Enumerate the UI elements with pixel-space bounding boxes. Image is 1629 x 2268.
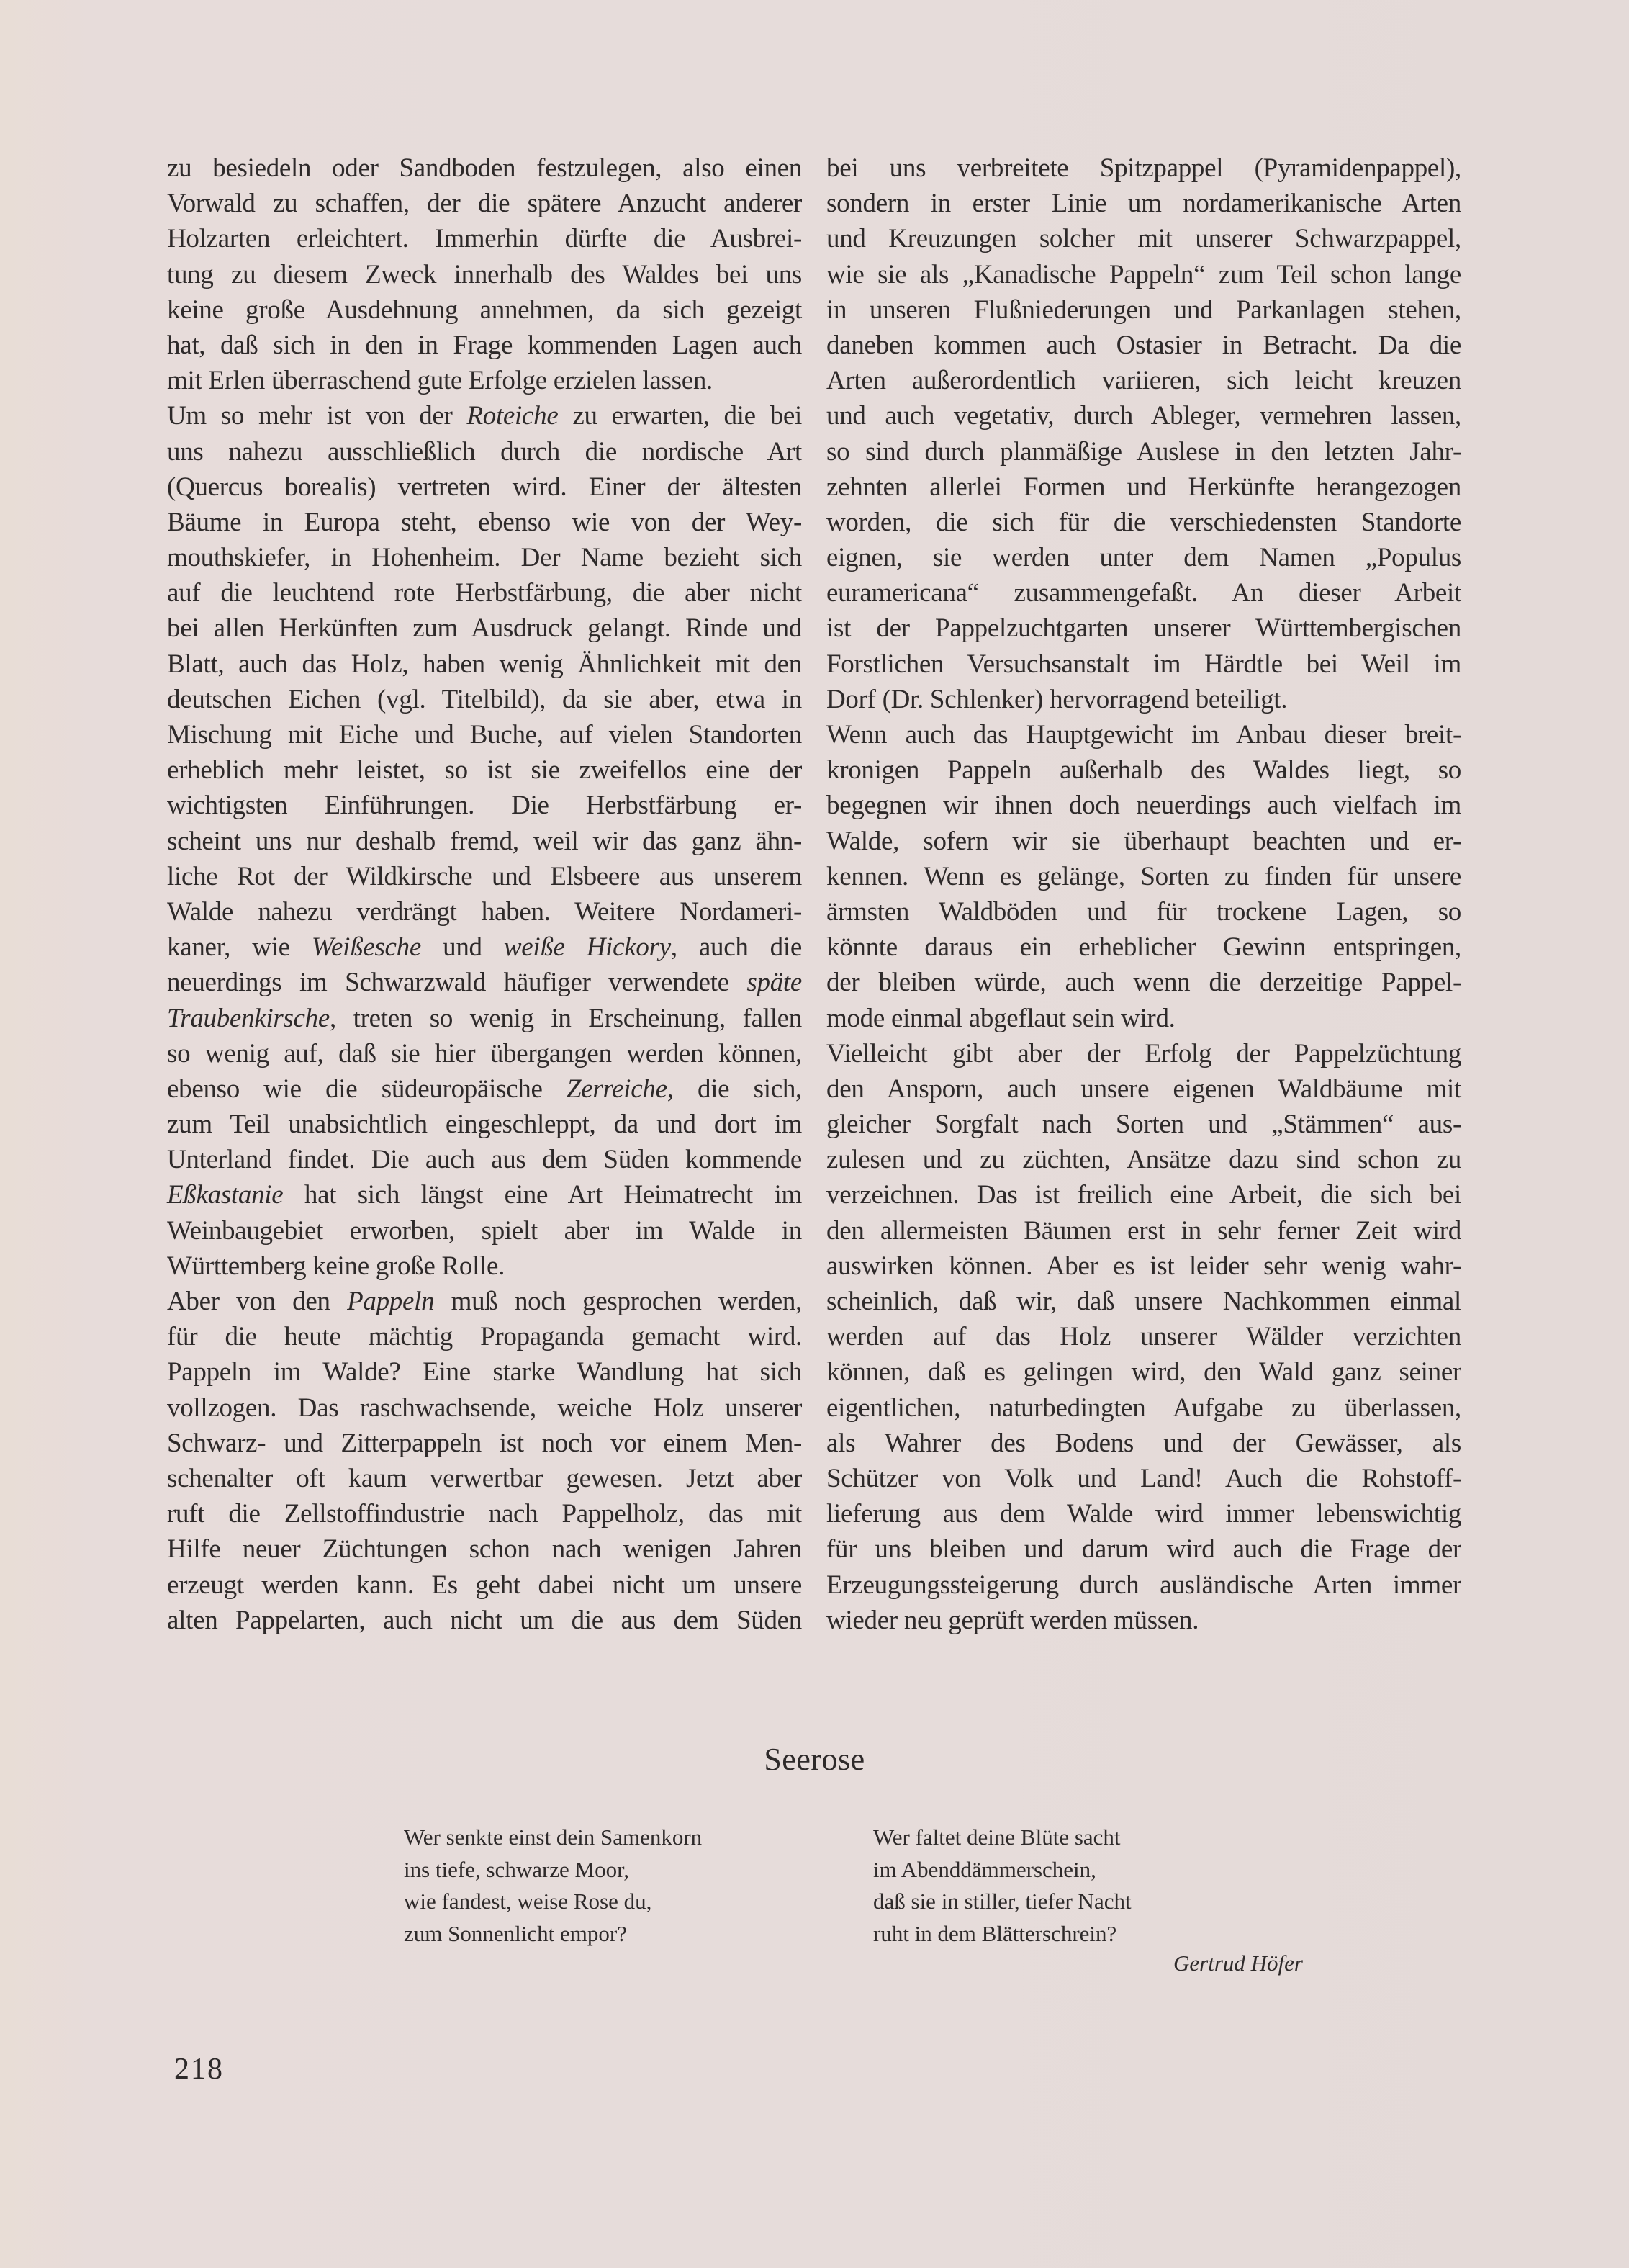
text-line: zum Teil unabsichtlich eingeschleppt, da… (167, 1107, 802, 1142)
text-run: mit Erlen überraschend gute Erfolge erzi… (167, 366, 713, 395)
text-run: Arten außerordentlich variieren, sich le… (826, 366, 1461, 395)
italic-term: weiße Hickory (504, 932, 671, 962)
text-line: so sind durch planmäßige Auslese in den … (826, 434, 1461, 469)
italic-term: Traubenkirsche (167, 1004, 330, 1033)
text-line: Walde nahezu verdrängt haben. Weitere No… (167, 894, 802, 930)
text-run: zulesen und zu züchten, Ansätze dazu sin… (826, 1145, 1461, 1174)
text-line: könnte daraus ein erheblicher Gewinn ent… (826, 930, 1461, 965)
text-line: scheinlich, daß wir, daß unsere Nachkomm… (826, 1284, 1461, 1319)
poem-stanza-2: Wer faltet deine Blüte sacht im Abenddäm… (873, 1822, 1132, 1950)
text-line: Dorf (Dr. Schlenker) hervorragend beteil… (826, 682, 1461, 717)
text-line: und auch vegetativ, durch Ableger, verme… (826, 398, 1461, 433)
text-run: Erzeugungssteigerung durch ausländische … (826, 1570, 1461, 1600)
text-run: sondern in erster Linie um nordamerikani… (826, 189, 1461, 218)
text-line: neuerdings im Schwarzwald häufiger verwe… (167, 965, 802, 1000)
text-line: eignen, sie werden unter dem Namen „Popu… (826, 540, 1461, 575)
text-line: begegnen wir ihnen doch neuerdings auch … (826, 788, 1461, 823)
text-line: kronigen Pappeln außerhalb des Waldes li… (826, 752, 1461, 788)
text-line: auf die leuchtend rote Herbstfärbung, di… (167, 575, 802, 611)
text-run: Bäume in Europa steht, ebenso wie von de… (167, 508, 802, 537)
text-line: bei allen Herkünften zum Ausdruck gelang… (167, 611, 802, 646)
text-line: worden, die sich für die verschiedensten… (826, 505, 1461, 540)
poem-verse: daß sie in stiller, tiefer Nacht (873, 1886, 1132, 1918)
text-run: so wenig auf, daß sie hier übergangen we… (167, 1039, 802, 1068)
text-line: daneben kommen auch Ostasier in Betracht… (826, 328, 1461, 363)
poem-verse: Wer faltet deine Blüte sacht (873, 1822, 1132, 1854)
text-run: und auch vegetativ, durch Ableger, verme… (826, 401, 1461, 431)
text-line: Hilfe neuer Züchtungen schon nach wenige… (167, 1531, 802, 1567)
text-line: vollzogen. Das raschwachsende, weiche Ho… (167, 1390, 802, 1426)
text-line: Holzarten erleichtert. Immerhin dürfte d… (167, 221, 802, 256)
text-run: Aber von den (167, 1287, 347, 1316)
italic-term: späte (746, 968, 802, 997)
text-run: Schützer von Volk und Land! Auch die Roh… (826, 1464, 1461, 1493)
text-run: hat sich längst eine Art Heimatrecht im (283, 1180, 802, 1210)
poem-author: Gertrud Höfer (1173, 1950, 1303, 1976)
text-run: bei allen Herkünften zum Ausdruck gelang… (167, 613, 802, 643)
italic-term: Eßkastanie (167, 1180, 283, 1210)
text-line: Weinbaugebiet erworben, spielt aber im W… (167, 1213, 802, 1248)
text-run: Pappeln im Walde? Eine starke Wandlung h… (167, 1357, 802, 1387)
text-line: Aber von den Pappeln muß noch gesprochen… (167, 1284, 802, 1319)
text-run: lieferung aus dem Walde wird immer leben… (826, 1499, 1461, 1529)
text-line: kennen. Wenn es gelänge, Sorten zu finde… (826, 859, 1461, 894)
text-run: verzeichnen. Das ist freilich eine Arbei… (826, 1180, 1461, 1210)
text-line: alten Pappelarten, auch nicht um die aus… (167, 1603, 802, 1638)
text-line: verzeichnen. Das ist freilich eine Arbei… (826, 1177, 1461, 1212)
text-line: mode einmal abgeflaut sein wird. (826, 1001, 1461, 1036)
text-line: Unterland findet. Die auch aus dem Süden… (167, 1142, 802, 1177)
text-line: Erzeugungssteigerung durch ausländische … (826, 1567, 1461, 1603)
text-line: gleicher Sorgfalt nach Sorten und „Stämm… (826, 1107, 1461, 1142)
text-run: schenalter oft kaum verwertbar gewesen. … (167, 1464, 802, 1493)
text-run: ärmsten Waldböden und für trockene Lagen… (826, 897, 1461, 927)
poem-verse: ins tiefe, schwarze Moor, (404, 1854, 702, 1886)
text-run: der bleiben würde, auch wenn die derzeit… (826, 968, 1461, 997)
text-run: für die heute mächtig Propaganda gemacht… (167, 1322, 802, 1351)
text-line: Wenn auch das Hauptgewicht im Anbau dies… (826, 717, 1461, 752)
text-run: Schwarz- und Zitterpappeln ist noch vor … (167, 1428, 802, 1458)
text-line: uns nahezu ausschließlich durch die nord… (167, 434, 802, 469)
poem-verse: im Abenddämmerschein, (873, 1854, 1132, 1886)
text-line: Vorwald zu schaffen, der die spätere Anz… (167, 186, 802, 221)
text-line: eigentlichen, naturbedingten Aufgabe zu … (826, 1390, 1461, 1426)
text-line: auswirken können. Aber es ist leider seh… (826, 1248, 1461, 1284)
text-line: werden auf das Holz unserer Wälder verzi… (826, 1319, 1461, 1354)
text-line: wieder neu geprüft werden müssen. (826, 1603, 1461, 1638)
text-line: in unseren Flußniederungen und Parkanlag… (826, 292, 1461, 328)
text-run: wieder neu geprüft werden müssen. (826, 1606, 1199, 1635)
text-line: erheblich mehr leistet, so ist sie zweif… (167, 752, 802, 788)
text-run: mode einmal abgeflaut sein wird. (826, 1004, 1176, 1033)
text-line: Mischung mit Eiche und Buche, auf vielen… (167, 717, 802, 752)
text-line: bei uns verbreitete Spitzpappel (Pyramid… (826, 150, 1461, 186)
text-line: wichtigsten Einführungen. Die Herbstfärb… (167, 788, 802, 823)
text-run: Blatt, auch das Holz, haben wenig Ähnlic… (167, 649, 802, 679)
text-run: können, daß es gelingen wird, den Wald g… (826, 1357, 1461, 1387)
text-line: Arten außerordentlich variieren, sich le… (826, 363, 1461, 398)
text-line: hat, daß sich in den in Frage kommenden … (167, 328, 802, 363)
text-line: ebenso wie die südeuropäische Zerreiche,… (167, 1071, 802, 1107)
text-line: zehnten allerlei Formen und Herkünfte he… (826, 469, 1461, 505)
text-line: Vielleicht gibt aber der Erfolg der Papp… (826, 1036, 1461, 1071)
text-run: (Quercus borealis) vertreten wird. Einer… (167, 472, 802, 502)
text-line: sondern in erster Linie um nordamerikani… (826, 186, 1461, 221)
poem-stanza-1: Wer senkte einst dein Samenkorn ins tief… (404, 1822, 702, 1950)
text-run: liche Rot der Wildkirsche und Elsbeere a… (167, 862, 802, 891)
text-line: Bäume in Europa steht, ebenso wie von de… (167, 505, 802, 540)
italic-term: Zerreiche (567, 1074, 667, 1104)
text-run: mouthskiefer, in Hohenheim. Der Name bez… (167, 543, 802, 572)
text-run: muß noch gesprochen werden, (434, 1287, 802, 1316)
text-line: ruft die Zellstoffindustrie nach Pappelh… (167, 1496, 802, 1531)
text-line: so wenig auf, daß sie hier übergangen we… (167, 1036, 802, 1071)
text-run: euramericana“ zusammengefaßt. An dieser … (826, 578, 1461, 608)
text-line: erzeugt werden kann. Es geht dabei nicht… (167, 1567, 802, 1603)
text-line: können, daß es gelingen wird, den Wald g… (826, 1354, 1461, 1390)
text-run: tung zu diesem Zweck innerhalb des Walde… (167, 260, 802, 289)
text-line: mit Erlen überraschend gute Erfolge erzi… (167, 363, 802, 398)
text-run: Um so mehr ist von der (167, 401, 466, 431)
italic-term: Pappeln (347, 1287, 434, 1316)
text-line: (Quercus borealis) vertreten wird. Einer… (167, 469, 802, 505)
text-run: Weinbaugebiet erworben, spielt aber im W… (167, 1216, 802, 1246)
text-run: Dorf (Dr. Schlenker) hervorragend beteil… (826, 685, 1287, 714)
text-run: eigentlichen, naturbedingten Aufgabe zu … (826, 1393, 1461, 1423)
text-line: den allermeisten Bäumen erst in sehr fer… (826, 1213, 1461, 1248)
text-run: als Wahrer des Bodens und der Gewässer, … (826, 1428, 1461, 1458)
text-run: Walde nahezu verdrängt haben. Weitere No… (167, 897, 802, 927)
text-line: Schwarz- und Zitterpappeln ist noch vor … (167, 1426, 802, 1461)
text-run: deutschen Eichen (vgl. Titelbild), da si… (167, 685, 802, 714)
text-line: den Ansporn, auch unsere eigenen Waldbäu… (826, 1071, 1461, 1107)
text-run: daneben kommen auch Ostasier in Betracht… (826, 330, 1461, 360)
text-run: zum Teil unabsichtlich eingeschleppt, da… (167, 1110, 802, 1139)
text-line: für uns bleiben und darum wird auch die … (826, 1531, 1461, 1567)
text-run: vollzogen. Das raschwachsende, weiche Ho… (167, 1393, 802, 1423)
text-line: der bleiben würde, auch wenn die derzeit… (826, 965, 1461, 1000)
poem-verse: wie fandest, weise Rose du, (404, 1886, 702, 1918)
italic-term: Roteiche (466, 401, 558, 431)
article-right-column: bei uns verbreitete Spitzpappel (Pyramid… (826, 150, 1461, 1638)
text-line: schenalter oft kaum verwertbar gewesen. … (167, 1461, 802, 1496)
poem-verse: zum Sonnenlicht empor? (404, 1918, 702, 1950)
text-run: begegnen wir ihnen doch neuerdings auch … (826, 791, 1461, 820)
text-line: liche Rot der Wildkirsche und Elsbeere a… (167, 859, 802, 894)
text-line: ärmsten Waldböden und für trockene Lagen… (826, 894, 1461, 930)
text-run: keine große Ausdehnung annehmen, da sich… (167, 295, 802, 325)
text-run: kennen. Wenn es gelänge, Sorten zu finde… (826, 862, 1461, 891)
text-run: Walde, sofern wir sie überhaupt beachten… (826, 827, 1461, 856)
text-run: auswirken können. Aber es ist leider seh… (826, 1251, 1461, 1281)
text-run: worden, die sich für die verschiedensten… (826, 508, 1461, 537)
text-run: Wenn auch das Hauptgewicht im Anbau dies… (826, 720, 1461, 750)
text-line: Schützer von Volk und Land! Auch die Roh… (826, 1461, 1461, 1496)
text-run: , die sich, (667, 1074, 802, 1104)
text-run: zu besiedeln oder Sandboden festzulegen,… (167, 153, 802, 183)
text-run: ist der Pappelzuchtgarten unserer Württe… (826, 613, 1461, 643)
text-line: als Wahrer des Bodens und der Gewässer, … (826, 1426, 1461, 1461)
text-run: werden auf das Holz unserer Wälder verzi… (826, 1322, 1461, 1351)
text-line: Württemberg keine große Rolle. (167, 1248, 802, 1284)
text-line: Walde, sofern wir sie überhaupt beachten… (826, 824, 1461, 859)
text-run: kaner, wie (167, 932, 312, 962)
text-run: den Ansporn, auch unsere eigenen Waldbäu… (826, 1074, 1461, 1104)
text-run: ruft die Zellstoffindustrie nach Pappelh… (167, 1499, 802, 1529)
text-line: Pappeln im Walde? Eine starke Wandlung h… (167, 1354, 802, 1390)
text-run: Unterland findet. Die auch aus dem Süden… (167, 1145, 802, 1174)
text-run: bei uns verbreitete Spitzpappel (Pyramid… (826, 153, 1461, 183)
text-line: scheint uns nur deshalb fremd, weil wir … (167, 824, 802, 859)
text-line: Um so mehr ist von der Roteiche zu erwar… (167, 398, 802, 433)
text-run: in unseren Flußniederungen und Parkanlag… (826, 295, 1461, 325)
text-line: lieferung aus dem Walde wird immer leben… (826, 1496, 1461, 1531)
text-line: Forstlichen Versuchsanstalt im Härdtle b… (826, 647, 1461, 682)
text-run: Forstlichen Versuchsanstalt im Härdtle b… (826, 649, 1461, 679)
text-line: tung zu diesem Zweck innerhalb des Walde… (167, 257, 802, 292)
text-line: zu besiedeln oder Sandboden festzulegen,… (167, 150, 802, 186)
text-line: euramericana“ zusammengefaßt. An dieser … (826, 575, 1461, 611)
text-run: auf die leuchtend rote Herbstfärbung, di… (167, 578, 802, 608)
text-run: , auch die (671, 932, 802, 962)
text-run: Hilfe neuer Züchtungen schon nach wenige… (167, 1534, 802, 1564)
poem-verse: Wer senkte einst dein Samenkorn (404, 1822, 702, 1854)
text-run: und Kreuzungen solcher mit unserer Schwa… (826, 224, 1461, 253)
text-run: scheinlich, daß wir, daß unsere Nachkomm… (826, 1287, 1461, 1316)
text-run: alten Pappelarten, auch nicht um die aus… (167, 1606, 802, 1635)
text-run: könnte daraus ein erheblicher Gewinn ent… (826, 932, 1461, 962)
text-run: hat, daß sich in den in Frage kommenden … (167, 330, 802, 360)
text-run: Mischung mit Eiche und Buche, auf vielen… (167, 720, 802, 750)
text-run: wichtigsten Einführungen. Die Herbstfärb… (167, 791, 802, 820)
text-run: zu erwarten, die bei (558, 401, 802, 431)
italic-term: Weißesche (312, 932, 421, 962)
text-line: deutschen Eichen (vgl. Titelbild), da si… (167, 682, 802, 717)
text-line: keine große Ausdehnung annehmen, da sich… (167, 292, 802, 328)
text-run: erheblich mehr leistet, so ist sie zweif… (167, 755, 802, 785)
text-run: wie sie als „Kanadische Pappeln“ zum Tei… (826, 260, 1461, 289)
text-run: so sind durch planmäßige Auslese in den … (826, 437, 1461, 467)
text-run: eignen, sie werden unter dem Namen „Popu… (826, 543, 1461, 572)
text-run: zehnten allerlei Formen und Herkünfte he… (826, 472, 1461, 502)
text-run: , treten so wenig in Erscheinung, fallen (330, 1004, 802, 1033)
poem-title: Seerose (0, 1741, 1629, 1778)
text-run: kronigen Pappeln außerhalb des Waldes li… (826, 755, 1461, 785)
text-run: für uns bleiben und darum wird auch die … (826, 1534, 1461, 1564)
text-line: ist der Pappelzuchtgarten unserer Württe… (826, 611, 1461, 646)
text-run: neuerdings im Schwarzwald häufiger verwe… (167, 968, 746, 997)
text-run: und (421, 932, 504, 962)
text-run: gleicher Sorgfalt nach Sorten und „Stämm… (826, 1110, 1461, 1139)
text-run: Vielleicht gibt aber der Erfolg der Papp… (826, 1039, 1461, 1068)
text-run: uns nahezu ausschließlich durch die nord… (167, 437, 802, 467)
article-left-column: zu besiedeln oder Sandboden festzulegen,… (167, 150, 802, 1638)
text-line: wie sie als „Kanadische Pappeln“ zum Tei… (826, 257, 1461, 292)
text-line: Traubenkirsche, treten so wenig in Ersch… (167, 1001, 802, 1036)
page-number: 218 (174, 2052, 224, 2087)
text-line: zulesen und zu züchten, Ansätze dazu sin… (826, 1142, 1461, 1177)
text-line: Blatt, auch das Holz, haben wenig Ähnlic… (167, 647, 802, 682)
text-line: mouthskiefer, in Hohenheim. Der Name bez… (167, 540, 802, 575)
text-run: erzeugt werden kann. Es geht dabei nicht… (167, 1570, 802, 1600)
text-line: Eßkastanie hat sich längst eine Art Heim… (167, 1177, 802, 1212)
text-run: ebenso wie die südeuropäische (167, 1074, 567, 1104)
text-line: für die heute mächtig Propaganda gemacht… (167, 1319, 802, 1354)
text-run: den allermeisten Bäumen erst in sehr fer… (826, 1216, 1461, 1246)
text-run: Vorwald zu schaffen, der die spätere Anz… (167, 189, 802, 218)
poem-verse: ruht in dem Blätterschrein? (873, 1918, 1132, 1950)
text-line: und Kreuzungen solcher mit unserer Schwa… (826, 221, 1461, 256)
text-run: Holzarten erleichtert. Immerhin dürfte d… (167, 224, 802, 253)
text-run: scheint uns nur deshalb fremd, weil wir … (167, 827, 802, 856)
text-run: Württemberg keine große Rolle. (167, 1251, 505, 1281)
text-line: kaner, wie Weißesche und weiße Hickory, … (167, 930, 802, 965)
document-page: zu besiedeln oder Sandboden festzulegen,… (0, 0, 1629, 2268)
